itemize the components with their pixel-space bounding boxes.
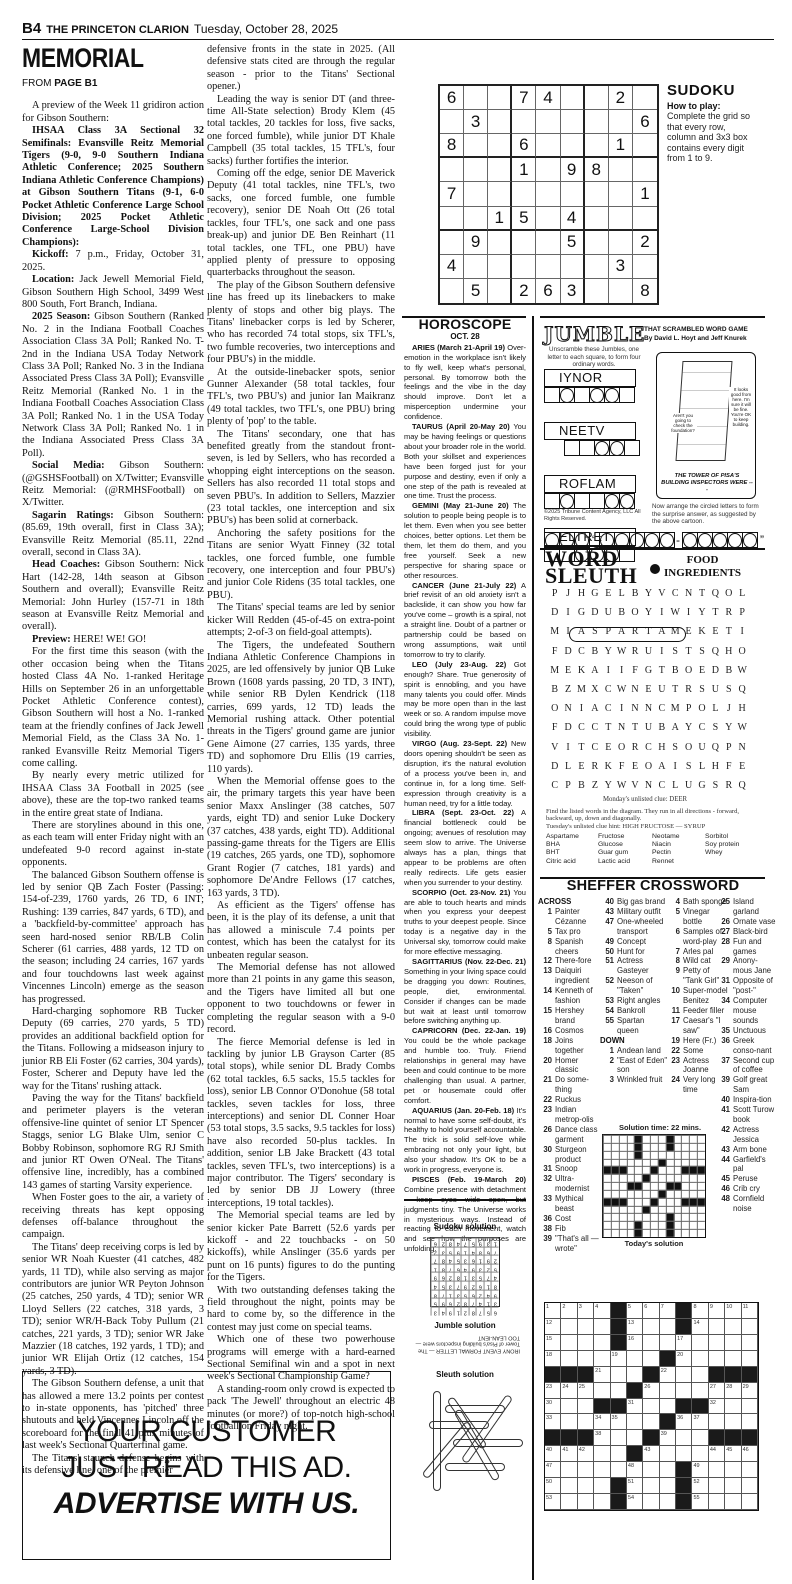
sleuth-letter[interactable]: K xyxy=(695,626,708,645)
sleuth-letter[interactable]: J xyxy=(561,588,574,607)
crossword-cell[interactable] xyxy=(611,1446,627,1462)
sleuth-letter[interactable]: D xyxy=(709,665,722,684)
sudoku-cell[interactable] xyxy=(536,182,560,206)
sleuth-letter[interactable]: U xyxy=(642,722,655,741)
sleuth-letter[interactable]: P xyxy=(722,742,735,761)
crossword-cell[interactable] xyxy=(578,1494,594,1510)
sleuth-letter[interactable]: T xyxy=(709,607,722,626)
circled-letter-box[interactable] xyxy=(604,493,620,509)
sleuth-letter[interactable]: U xyxy=(695,742,708,761)
crossword-cell[interactable] xyxy=(578,1351,594,1367)
jumble-answer-cells[interactable] xyxy=(544,387,634,403)
crossword-cell[interactable]: 16 xyxy=(627,1335,643,1351)
crossword-cell[interactable]: 30 xyxy=(545,1399,561,1415)
sudoku-cell[interactable] xyxy=(633,86,657,110)
sudoku-cell[interactable]: 9 xyxy=(464,231,488,255)
crossword-cell[interactable]: 18 xyxy=(545,1351,561,1367)
crossword-cell[interactable]: 29 xyxy=(742,1383,758,1399)
sleuth-letter[interactable]: L xyxy=(695,761,708,780)
crossword-cell[interactable]: 17 xyxy=(676,1335,692,1351)
crossword-cell[interactable] xyxy=(561,1462,577,1478)
sudoku-cell[interactable] xyxy=(561,134,585,158)
crossword-cell[interactable]: 9 xyxy=(709,1303,725,1319)
crossword-cell[interactable]: 8 xyxy=(692,1303,708,1319)
sudoku-cell[interactable] xyxy=(585,207,609,231)
sudoku-cell[interactable] xyxy=(440,110,464,134)
crossword-cell[interactable] xyxy=(611,1383,627,1399)
sudoku-cell[interactable]: 4 xyxy=(440,255,464,279)
sleuth-letter[interactable]: N xyxy=(682,588,695,607)
sudoku-cell[interactable] xyxy=(633,255,657,279)
crossword-cell[interactable]: 49 xyxy=(692,1462,708,1478)
sleuth-letter[interactable]: Y xyxy=(642,607,655,626)
sleuth-letter[interactable]: I xyxy=(575,703,588,722)
sleuth-letter[interactable]: B xyxy=(548,684,561,703)
sudoku-cell[interactable]: 9 xyxy=(561,158,585,182)
crossword-cell[interactable]: 23 xyxy=(545,1383,561,1399)
jump-page-link[interactable]: PAGE B1 xyxy=(54,78,97,89)
crossword-cell[interactable] xyxy=(561,1399,577,1415)
crossword-cell[interactable]: 47 xyxy=(545,1462,561,1478)
sudoku-cell[interactable]: 5 xyxy=(464,279,488,303)
sleuth-letter[interactable]: C xyxy=(669,588,682,607)
crossword-cell[interactable]: 52 xyxy=(692,1478,708,1494)
sleuth-letter[interactable]: L xyxy=(615,588,628,607)
sleuth-letter[interactable]: W xyxy=(615,646,628,665)
crossword-cell[interactable] xyxy=(561,1478,577,1494)
sleuth-letter[interactable]: E xyxy=(628,761,641,780)
sleuth-letter[interactable]: F xyxy=(548,722,561,741)
crossword-cell[interactable]: 34 xyxy=(594,1414,610,1430)
crossword-cell[interactable] xyxy=(594,1446,610,1462)
crossword-cell[interactable] xyxy=(660,1446,676,1462)
sudoku-cell[interactable]: 3 xyxy=(464,110,488,134)
sudoku-cell[interactable] xyxy=(585,134,609,158)
sleuth-letter[interactable]: Y xyxy=(695,607,708,626)
sudoku-cell[interactable]: 1 xyxy=(609,134,633,158)
sudoku-cell[interactable] xyxy=(536,158,560,182)
crossword-cell[interactable] xyxy=(660,1478,676,1494)
sleuth-letter[interactable]: S xyxy=(709,722,722,741)
crossword-cell[interactable]: 27 xyxy=(709,1383,725,1399)
crossword-cell[interactable]: 1 xyxy=(545,1303,561,1319)
sleuth-letter[interactable]: B xyxy=(655,722,668,741)
sleuth-letter[interactable]: O xyxy=(735,646,748,665)
sudoku-cell[interactable]: 7 xyxy=(512,86,536,110)
crossword-cell[interactable]: 32 xyxy=(709,1399,725,1415)
sudoku-cell[interactable] xyxy=(561,255,585,279)
sleuth-letter[interactable]: C xyxy=(575,646,588,665)
sleuth-letter[interactable]: K xyxy=(575,665,588,684)
sleuth-letter[interactable]: D xyxy=(588,607,601,626)
crossword-cell[interactable]: 2 xyxy=(561,1303,577,1319)
sleuth-letter[interactable]: V xyxy=(655,588,668,607)
sudoku-cell[interactable]: 1 xyxy=(488,207,512,231)
crossword-cell[interactable] xyxy=(709,1335,725,1351)
sleuth-letter[interactable]: L xyxy=(709,703,722,722)
crossword-cell[interactable]: 24 xyxy=(561,1383,577,1399)
crossword-cell[interactable] xyxy=(578,1399,594,1415)
sleuth-letter[interactable]: A xyxy=(588,665,601,684)
sudoku-cell[interactable] xyxy=(488,231,512,255)
sudoku-cell[interactable] xyxy=(536,255,560,279)
sleuth-letter[interactable]: T xyxy=(655,665,668,684)
crossword-cell[interactable]: 38 xyxy=(594,1430,610,1446)
sudoku-cell[interactable] xyxy=(585,255,609,279)
answer-word-group[interactable] xyxy=(682,532,757,548)
crossword-cell[interactable]: 14 xyxy=(692,1319,708,1335)
crossword-cell[interactable] xyxy=(594,1462,610,1478)
sudoku-cell[interactable] xyxy=(609,158,633,182)
sleuth-letter[interactable]: F xyxy=(548,646,561,665)
sudoku-cell[interactable] xyxy=(585,182,609,206)
crossword-cell[interactable] xyxy=(676,1446,692,1462)
crossword-cell[interactable]: 4 xyxy=(594,1303,610,1319)
sleuth-letter[interactable]: E xyxy=(561,665,574,684)
sleuth-letter[interactable]: I xyxy=(669,761,682,780)
crossword-cell[interactable] xyxy=(643,1335,659,1351)
crossword-cell[interactable] xyxy=(742,1399,758,1415)
circled-letter-box[interactable] xyxy=(682,532,698,548)
sleuth-letter[interactable]: B xyxy=(628,588,641,607)
sleuth-letter[interactable]: R xyxy=(682,684,695,703)
sleuth-letter[interactable]: U xyxy=(642,646,655,665)
crossword-cell[interactable] xyxy=(725,1351,741,1367)
sleuth-letter[interactable]: S xyxy=(695,684,708,703)
crossword-cell[interactable] xyxy=(660,1494,676,1510)
sleuth-letter[interactable]: A xyxy=(655,761,668,780)
sudoku-cell[interactable]: 5 xyxy=(561,231,585,255)
sleuth-letter[interactable]: Y xyxy=(682,722,695,741)
crossword-cell[interactable] xyxy=(725,1335,741,1351)
sleuth-letter[interactable]: C xyxy=(602,684,615,703)
crossword-cell[interactable] xyxy=(561,1319,577,1335)
letter-box[interactable] xyxy=(624,440,640,456)
crossword-cell[interactable] xyxy=(676,1383,692,1399)
sleuth-letter[interactable]: Y xyxy=(642,588,655,607)
crossword-cell[interactable] xyxy=(627,1414,643,1430)
crossword-cell[interactable] xyxy=(692,1335,708,1351)
sudoku-cell[interactable] xyxy=(633,207,657,231)
sudoku-cell[interactable]: 8 xyxy=(440,134,464,158)
sleuth-letter[interactable]: C xyxy=(575,722,588,741)
sleuth-letter[interactable]: M xyxy=(575,684,588,703)
sudoku-cell[interactable] xyxy=(585,231,609,255)
crossword-cell[interactable]: 5 xyxy=(627,1303,643,1319)
sudoku-cell[interactable] xyxy=(512,110,536,134)
sleuth-letter[interactable]: J xyxy=(722,703,735,722)
crossword-cell[interactable] xyxy=(692,1430,708,1446)
crossword-cell[interactable] xyxy=(709,1494,725,1510)
sleuth-letter[interactable]: L xyxy=(561,761,574,780)
crossword-cell[interactable] xyxy=(643,1494,659,1510)
sleuth-letter[interactable]: T xyxy=(575,742,588,761)
crossword-cell[interactable] xyxy=(594,1351,610,1367)
sudoku-cell[interactable]: 7 xyxy=(440,182,464,206)
circled-letter-box[interactable] xyxy=(619,493,635,509)
sleuth-letter[interactable]: C xyxy=(602,703,615,722)
sleuth-letter[interactable]: M xyxy=(548,626,561,645)
crossword-cell[interactable] xyxy=(594,1478,610,1494)
crossword-cell[interactable] xyxy=(578,1414,594,1430)
sleuth-letter[interactable]: F xyxy=(722,761,735,780)
sudoku-cell[interactable] xyxy=(609,182,633,206)
sudoku-cell[interactable] xyxy=(464,134,488,158)
crossword-cell[interactable] xyxy=(692,1446,708,1462)
sudoku-cell[interactable]: 8 xyxy=(585,158,609,182)
crossword-cell[interactable]: 50 xyxy=(545,1478,561,1494)
sleuth-letter[interactable]: Q xyxy=(735,684,748,703)
crossword-cell[interactable] xyxy=(643,1399,659,1415)
crossword-cell[interactable] xyxy=(692,1367,708,1383)
sudoku-cell[interactable]: 6 xyxy=(440,86,464,110)
crossword-cell[interactable] xyxy=(660,1383,676,1399)
sleuth-letter[interactable]: N xyxy=(615,722,628,741)
sudoku-cell[interactable] xyxy=(488,86,512,110)
crossword-cell[interactable]: 40 xyxy=(545,1446,561,1462)
sudoku-grid[interactable]: 674236861198711549524352638 xyxy=(438,84,659,305)
sleuth-letter[interactable]: L xyxy=(735,588,748,607)
circled-letter-box[interactable] xyxy=(594,440,610,456)
sleuth-letter[interactable]: N xyxy=(735,742,748,761)
jumble-answer-cells[interactable] xyxy=(564,440,639,456)
sleuth-letter[interactable]: F xyxy=(628,665,641,684)
crossword-cell[interactable]: 53 xyxy=(545,1494,561,1510)
crossword-cell[interactable] xyxy=(709,1478,725,1494)
crossword-cell[interactable]: 25 xyxy=(578,1383,594,1399)
crossword-cell[interactable]: 26 xyxy=(643,1383,659,1399)
sudoku-cell[interactable] xyxy=(512,255,536,279)
sleuth-letter[interactable]: I xyxy=(655,646,668,665)
crossword-cell[interactable]: 11 xyxy=(742,1303,758,1319)
sudoku-cell[interactable] xyxy=(488,279,512,303)
circled-letter-box[interactable] xyxy=(727,532,743,548)
sleuth-letter[interactable]: R xyxy=(722,607,735,626)
sudoku-cell[interactable]: 1 xyxy=(512,158,536,182)
sleuth-letter[interactable]: M xyxy=(548,665,561,684)
sudoku-cell[interactable] xyxy=(440,207,464,231)
crossword-cell[interactable] xyxy=(725,1478,741,1494)
crossword-cell[interactable] xyxy=(561,1494,577,1510)
sudoku-cell[interactable] xyxy=(561,86,585,110)
sleuth-letter[interactable]: R xyxy=(628,646,641,665)
sleuth-letter[interactable]: N xyxy=(628,703,641,722)
sudoku-cell[interactable]: 6 xyxy=(633,110,657,134)
crossword-cell[interactable]: 22 xyxy=(660,1367,676,1383)
sleuth-letter[interactable]: I xyxy=(682,607,695,626)
sudoku-cell[interactable] xyxy=(512,182,536,206)
crossword-cell[interactable] xyxy=(660,1319,676,1335)
sleuth-letter[interactable]: N xyxy=(561,703,574,722)
crossword-cell[interactable] xyxy=(643,1462,659,1478)
sleuth-letter[interactable]: A xyxy=(588,703,601,722)
crossword-cell[interactable] xyxy=(627,1351,643,1367)
crossword-cell[interactable] xyxy=(725,1399,741,1415)
crossword-cell[interactable] xyxy=(742,1462,758,1478)
sudoku-cell[interactable] xyxy=(488,182,512,206)
sleuth-letter[interactable]: Q xyxy=(709,646,722,665)
crossword-cell[interactable]: 41 xyxy=(561,1446,577,1462)
sudoku-cell[interactable]: 8 xyxy=(633,279,657,303)
crossword-cell[interactable] xyxy=(627,1430,643,1446)
sleuth-letter[interactable]: H xyxy=(575,588,588,607)
sleuth-letter[interactable]: Q xyxy=(709,742,722,761)
letter-box[interactable] xyxy=(619,387,635,403)
sleuth-letter[interactable]: O xyxy=(628,607,641,626)
crossword-cell[interactable] xyxy=(578,1462,594,1478)
sudoku-cell[interactable]: 2 xyxy=(609,86,633,110)
crossword-cell[interactable] xyxy=(709,1414,725,1430)
sleuth-letter-grid[interactable]: PJHGELBYVCNTQOLDIGDUBOYIWIYTRPMIASPARTAM… xyxy=(548,588,749,799)
sleuth-letter[interactable]: H xyxy=(655,742,668,761)
circled-letter-box[interactable] xyxy=(559,493,575,509)
crossword-cell[interactable] xyxy=(692,1351,708,1367)
crossword-cell[interactable] xyxy=(561,1335,577,1351)
crossword-cell[interactable] xyxy=(725,1462,741,1478)
sleuth-letter[interactable]: D xyxy=(548,607,561,626)
sleuth-letter[interactable]: C xyxy=(655,703,668,722)
sleuth-letter[interactable]: O xyxy=(695,703,708,722)
sudoku-cell[interactable] xyxy=(536,207,560,231)
sudoku-cell[interactable] xyxy=(440,158,464,182)
crossword-cell[interactable] xyxy=(594,1319,610,1335)
crossword-cell[interactable] xyxy=(611,1462,627,1478)
sleuth-letter[interactable]: G xyxy=(642,665,655,684)
sleuth-letter[interactable]: O xyxy=(642,761,655,780)
sleuth-letter[interactable]: Z xyxy=(561,684,574,703)
sleuth-letter[interactable]: I xyxy=(735,626,748,645)
crossword-cell[interactable]: 39 xyxy=(660,1430,676,1446)
crossword-cell[interactable] xyxy=(742,1414,758,1430)
sudoku-cell[interactable] xyxy=(464,86,488,110)
sudoku-cell[interactable] xyxy=(488,134,512,158)
sleuth-letter[interactable]: T xyxy=(682,646,695,665)
crossword-cell[interactable]: 19 xyxy=(611,1351,627,1367)
sleuth-letter[interactable]: N xyxy=(642,703,655,722)
sleuth-letter[interactable]: E xyxy=(642,684,655,703)
crossword-cell[interactable]: 35 xyxy=(611,1414,627,1430)
circled-letter-box[interactable] xyxy=(742,532,758,548)
crossword-cell[interactable]: 10 xyxy=(725,1303,741,1319)
sudoku-cell[interactable] xyxy=(464,158,488,182)
sleuth-letter[interactable]: B xyxy=(615,607,628,626)
crossword-cell[interactable]: 55 xyxy=(692,1494,708,1510)
letter-box[interactable] xyxy=(589,493,605,509)
sudoku-cell[interactable] xyxy=(440,231,464,255)
sleuth-letter[interactable]: X xyxy=(588,684,601,703)
crossword-cell[interactable] xyxy=(660,1335,676,1351)
sleuth-letter[interactable]: R xyxy=(588,761,601,780)
crossword-cell[interactable] xyxy=(561,1414,577,1430)
sleuth-letter[interactable]: T xyxy=(628,722,641,741)
sleuth-letter[interactable]: O xyxy=(615,742,628,761)
sleuth-letter[interactable]: V xyxy=(548,742,561,761)
sudoku-cell[interactable]: 2 xyxy=(633,231,657,255)
crossword-cell[interactable]: 36 xyxy=(676,1414,692,1430)
crossword-cell[interactable]: 37 xyxy=(692,1414,708,1430)
sudoku-cell[interactable]: 1 xyxy=(633,182,657,206)
sleuth-letter[interactable]: T xyxy=(722,626,735,645)
crossword-cell[interactable]: 7 xyxy=(660,1303,676,1319)
letter-box[interactable] xyxy=(544,493,560,509)
sleuth-letter[interactable]: U xyxy=(655,684,668,703)
circled-letter-box[interactable] xyxy=(559,387,575,403)
crossword-cell[interactable]: 44 xyxy=(709,1446,725,1462)
crossword-cell[interactable] xyxy=(594,1335,610,1351)
circled-letter-box[interactable] xyxy=(697,532,713,548)
sudoku-cell[interactable] xyxy=(585,86,609,110)
sleuth-letter[interactable]: T xyxy=(695,588,708,607)
sleuth-letter[interactable]: G xyxy=(588,588,601,607)
crossword-cell[interactable] xyxy=(660,1462,676,1478)
sleuth-letter[interactable]: I xyxy=(602,665,615,684)
sleuth-letter[interactable]: P xyxy=(735,607,748,626)
sleuth-letter[interactable]: H xyxy=(735,703,748,722)
sleuth-letter[interactable]: I xyxy=(561,742,574,761)
sudoku-cell[interactable] xyxy=(512,231,536,255)
crossword-cell[interactable] xyxy=(660,1399,676,1415)
crossword-cell[interactable] xyxy=(578,1478,594,1494)
circled-letter-box[interactable] xyxy=(589,387,605,403)
crossword-cell[interactable] xyxy=(709,1319,725,1335)
crossword-cell[interactable] xyxy=(578,1335,594,1351)
crossword-cell[interactable]: 13 xyxy=(627,1319,643,1335)
sleuth-letter[interactable]: C xyxy=(695,722,708,741)
sudoku-cell[interactable] xyxy=(633,134,657,158)
crossword-cell[interactable]: 20 xyxy=(676,1351,692,1367)
sudoku-cell[interactable] xyxy=(464,182,488,206)
crossword-cell[interactable] xyxy=(643,1319,659,1335)
sudoku-cell[interactable]: 3 xyxy=(609,255,633,279)
crossword-cell[interactable] xyxy=(676,1430,692,1446)
crossword-cell[interactable] xyxy=(742,1494,758,1510)
crossword-cell[interactable] xyxy=(692,1383,708,1399)
sudoku-cell[interactable] xyxy=(464,207,488,231)
sleuth-letter[interactable]: T xyxy=(669,684,682,703)
sleuth-letter[interactable]: D xyxy=(561,722,574,741)
sleuth-letter[interactable]: S xyxy=(722,684,735,703)
jumble-answer-cells[interactable] xyxy=(544,493,634,509)
sleuth-letter[interactable]: P xyxy=(548,588,561,607)
letter-box[interactable] xyxy=(544,387,560,403)
crossword-cell[interactable] xyxy=(611,1430,627,1446)
crossword-cell[interactable]: 33 xyxy=(545,1414,561,1430)
sleuth-letter[interactable]: D xyxy=(548,761,561,780)
sleuth-letter[interactable]: U xyxy=(602,607,615,626)
crossword-cell[interactable]: 51 xyxy=(627,1478,643,1494)
sleuth-letter[interactable]: S xyxy=(669,646,682,665)
crossword-cell[interactable] xyxy=(561,1351,577,1367)
crossword-cell[interactable] xyxy=(643,1414,659,1430)
crossword-cell[interactable]: 6 xyxy=(643,1303,659,1319)
sleuth-letter[interactable]: R xyxy=(628,742,641,761)
circled-letter-box[interactable] xyxy=(712,532,728,548)
crossword-cell[interactable] xyxy=(594,1494,610,1510)
sleuth-letter[interactable]: Q xyxy=(709,588,722,607)
sudoku-cell[interactable]: 6 xyxy=(536,279,560,303)
advertisement-box[interactable]: YOUR CUSTOMER JUST READ THIS AD. ADVERTI… xyxy=(22,1371,391,1560)
crossword-cell[interactable] xyxy=(676,1367,692,1383)
crossword-cell[interactable] xyxy=(725,1494,741,1510)
crossword-cell[interactable] xyxy=(594,1383,610,1399)
sudoku-cell[interactable] xyxy=(585,279,609,303)
sleuth-letter[interactable]: I xyxy=(561,607,574,626)
sudoku-cell[interactable] xyxy=(536,231,560,255)
sudoku-cell[interactable] xyxy=(585,110,609,134)
crossword-cell[interactable]: 28 xyxy=(725,1383,741,1399)
sleuth-letter[interactable]: S xyxy=(682,761,695,780)
sleuth-letter[interactable]: C xyxy=(642,742,655,761)
